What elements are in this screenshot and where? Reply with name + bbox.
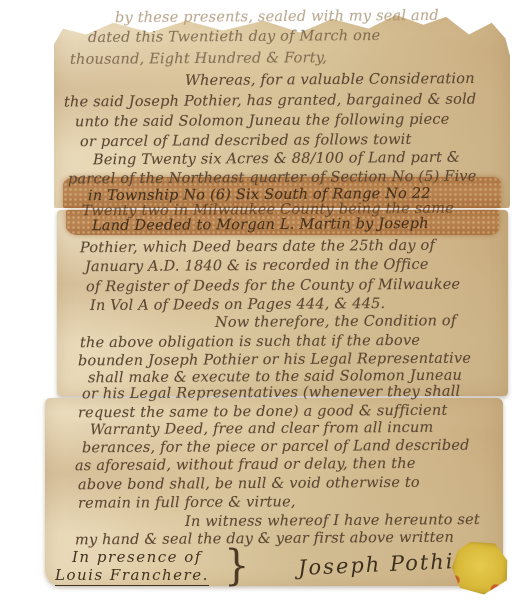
handwritten-line: Whereas, for a valuable Consideration — [185, 70, 475, 90]
witness-name-text: Louis Franchere. — [55, 566, 209, 586]
handwriting-layer: by these presents, sealed with my seal a… — [0, 0, 520, 600]
handwritten-line: above bond shall, be null & void otherwi… — [78, 474, 420, 494]
handwritten-line: of Register of Deeds for the County of M… — [86, 276, 460, 297]
handwritten-line: my hand & seal the day & year first abov… — [75, 529, 454, 550]
handwritten-line: as aforesaid, without fraud or delay, th… — [75, 455, 416, 475]
handwritten-line: dated this Twentieth day of March one — [88, 27, 380, 47]
handwritten-line: or his Legal Representatives (whenever t… — [82, 383, 460, 404]
document-photo: by these presents, sealed with my seal a… — [0, 0, 520, 600]
witness-attestation-label: In presence of — [72, 548, 202, 566]
handwritten-line: Now therefore, the Condition of — [215, 312, 457, 332]
handwritten-line: January A.D. 1840 & is recorded in the O… — [85, 256, 429, 276]
witness-signature-louis-franchere: Louis Franchere. — [55, 566, 209, 584]
handwritten-line: by these presents, sealed with my seal a… — [115, 7, 439, 27]
handwritten-line: Land Deeded to Morgan L. Martin by Josep… — [92, 215, 429, 235]
witness-brace: } — [224, 542, 249, 590]
handwritten-line: thousand, Eight Hundred & Forty, — [70, 49, 327, 69]
handwritten-line: or parcel of Land described as follows t… — [80, 131, 412, 151]
handwritten-line: Being Twenty six Acres & 88/100 of Land … — [93, 149, 460, 170]
handwritten-line: Pothier, which Deed bears date the 25th … — [80, 237, 435, 257]
handwritten-line: remain in full force & virtue, — [78, 493, 296, 513]
handwritten-line: Warranty Deed, free and clear from all i… — [90, 419, 434, 439]
handwritten-line: the above obligation is such that if the… — [80, 332, 420, 352]
handwritten-line: the said Joseph Pothier, has granted, ba… — [64, 91, 477, 112]
handwritten-line: unto the said Solomon Juneau the followi… — [75, 111, 450, 132]
